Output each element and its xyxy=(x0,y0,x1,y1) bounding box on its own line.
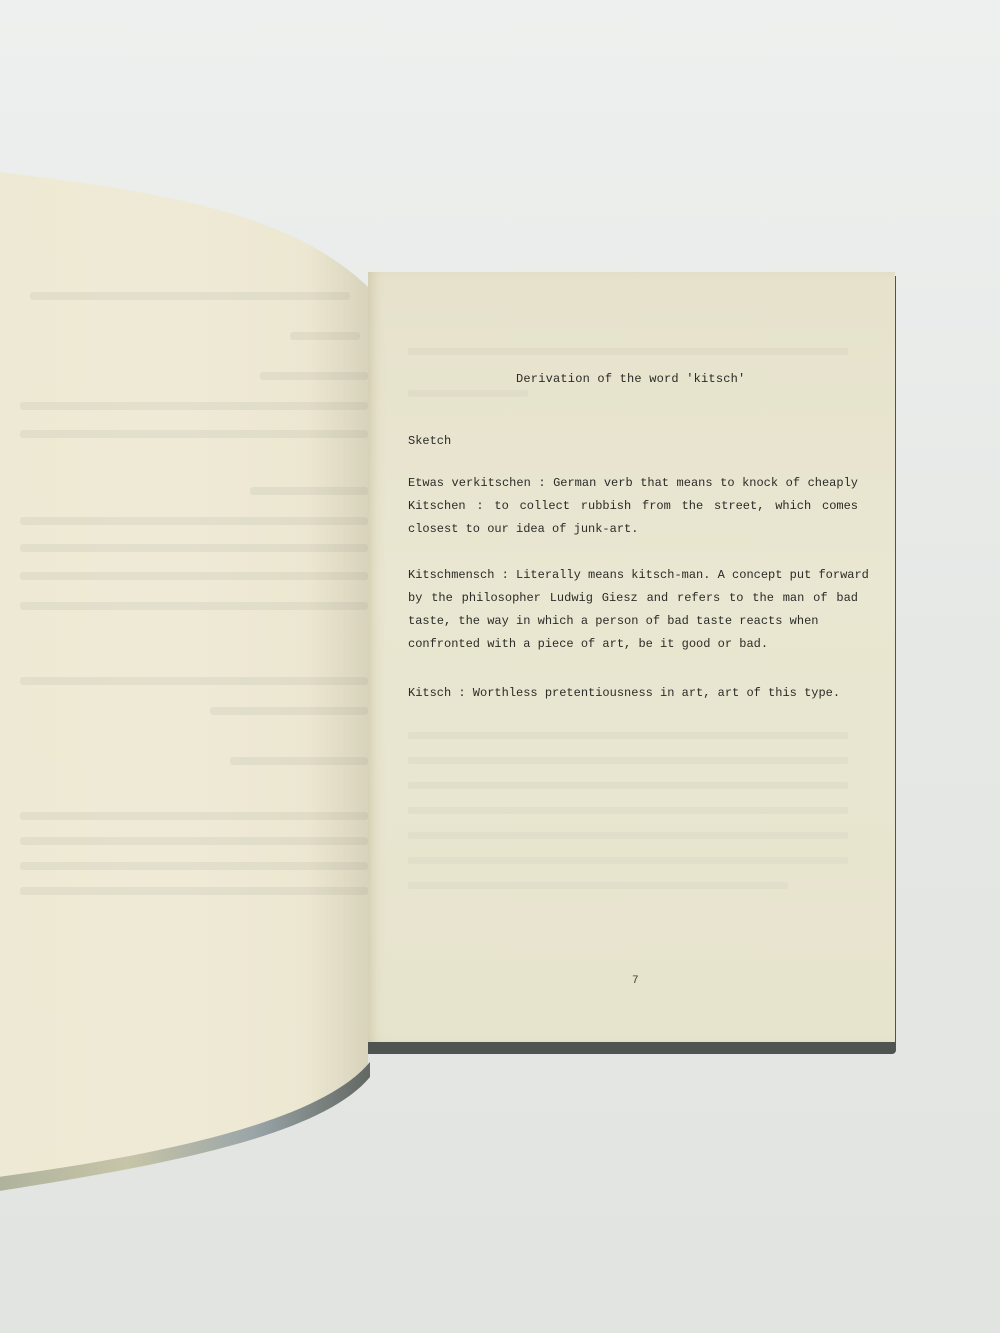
bleed-through-line xyxy=(20,887,368,895)
bleed-through-line xyxy=(408,757,848,764)
bleed-through-line xyxy=(408,390,528,397)
entry-verkitschen: Etwas verkitschen : German verb that mea… xyxy=(408,472,858,541)
bleed-through-line xyxy=(408,732,848,739)
entry-line: Kitschen : to collect rubbish from the s… xyxy=(408,495,858,518)
bleed-through-line xyxy=(20,572,368,580)
entry-sketch: Sketch xyxy=(408,430,858,453)
entry-line: taste, the way in which a person of bad … xyxy=(408,610,858,633)
entry-line: Kitschmensch : Literally means kitsch-ma… xyxy=(408,564,858,587)
entry-line: Etwas verkitschen : German verb that mea… xyxy=(408,472,858,495)
bleed-through-line xyxy=(20,862,368,870)
bleed-through-line xyxy=(408,782,848,789)
bleed-through-line xyxy=(260,372,368,380)
bleed-through-line xyxy=(408,882,788,889)
bleed-through-line xyxy=(20,812,368,820)
entry-kitschmensch: Kitschmensch : Literally means kitsch-ma… xyxy=(408,564,858,656)
bleed-through-line xyxy=(290,332,360,340)
entry-line: confronted with a piece of art, be it go… xyxy=(408,633,858,656)
page-title: Derivation of the word 'kitsch' xyxy=(516,372,745,386)
entry-line: by the philosopher Ludwig Giesz and refe… xyxy=(408,587,858,610)
entry-kitsch: Kitsch : Worthless pretentiousness in ar… xyxy=(408,682,858,705)
bleed-through-line xyxy=(408,807,848,814)
bleed-through-line xyxy=(30,292,350,300)
left-page xyxy=(0,172,368,1202)
bleed-through-line xyxy=(20,677,368,685)
bleed-through-line xyxy=(20,544,368,552)
bleed-through-line xyxy=(230,757,368,765)
page-number: 7 xyxy=(632,975,639,987)
bleed-through-line xyxy=(408,857,848,864)
bleed-through-line xyxy=(210,707,368,715)
bleed-through-line xyxy=(20,430,368,438)
entry-line: closest to our idea of junk-art. xyxy=(408,518,858,541)
bleed-through-line xyxy=(408,348,848,355)
entry-line: Sketch xyxy=(408,430,858,453)
bleed-through-line xyxy=(20,837,368,845)
bleed-through-line xyxy=(20,402,368,410)
bleed-through-line xyxy=(250,487,368,495)
bleed-through-line xyxy=(20,517,368,525)
bleed-through-line xyxy=(408,832,848,839)
bleed-through-line xyxy=(20,602,368,610)
right-page: Derivation of the word 'kitsch' Sketch E… xyxy=(368,272,895,1042)
entry-line: Kitsch : Worthless pretentiousness in ar… xyxy=(408,682,858,705)
